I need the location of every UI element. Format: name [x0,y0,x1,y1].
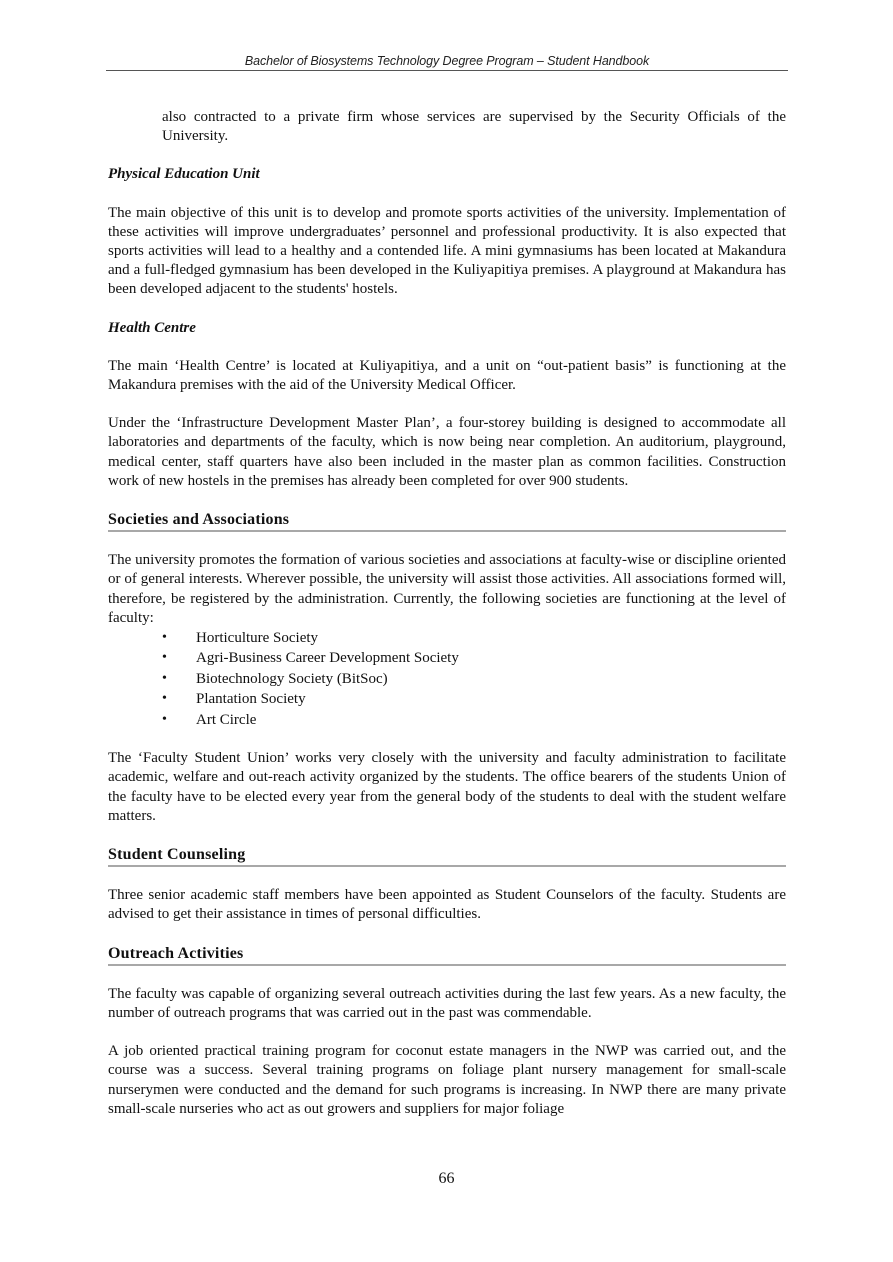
health-centre-paragraph-1: The main ‘Health Centre’ is located at K… [108,357,786,395]
bullet-icon: • [162,710,167,730]
health-centre-paragraph-2: Under the ‘Infrastructure Development Ma… [108,414,786,491]
outreach-heading: Outreach Activities [108,944,786,966]
outreach-paragraph-1: The faculty was capable of organizing se… [108,985,786,1023]
physical-education-paragraph: The main objective of this unit is to de… [108,204,786,300]
physical-education-heading: Physical Education Unit [108,165,786,184]
page-number: 66 [0,1170,893,1188]
bullet-icon: • [162,628,167,648]
health-centre-heading: Health Centre [108,319,786,338]
page-body: also contracted to a private firm whose … [108,108,786,1119]
society-name: Horticulture Society [196,630,318,646]
societies-heading: Societies and Associations [108,510,786,532]
societies-paragraph: The university promotes the formation of… [108,551,786,628]
bullet-icon: • [162,669,167,689]
society-name: Plantation Society [196,691,306,707]
list-item: •Horticulture Society [108,628,786,648]
society-name: Biotechnology Society (BitSoc) [196,671,388,687]
bullet-icon: • [162,648,167,668]
list-item: •Agri-Business Career Development Societ… [108,648,786,668]
bullet-icon: • [162,689,167,709]
society-name: Agri-Business Career Development Society [196,650,459,666]
societies-list: •Horticulture Society •Agri-Business Car… [108,628,786,730]
counseling-paragraph: Three senior academic staff members have… [108,886,786,924]
society-name: Art Circle [196,712,256,728]
intro-continuation-paragraph: also contracted to a private firm whose … [108,108,786,146]
student-union-paragraph: The ‘Faculty Student Union’ works very c… [108,749,786,826]
outreach-paragraph-2: A job oriented practical training progra… [108,1042,786,1119]
list-item: •Art Circle [108,710,786,730]
list-item: •Biotechnology Society (BitSoc) [108,669,786,689]
list-item: •Plantation Society [108,689,786,709]
running-header: Bachelor of Biosystems Technology Degree… [106,54,788,71]
counseling-heading: Student Counseling [108,845,786,867]
